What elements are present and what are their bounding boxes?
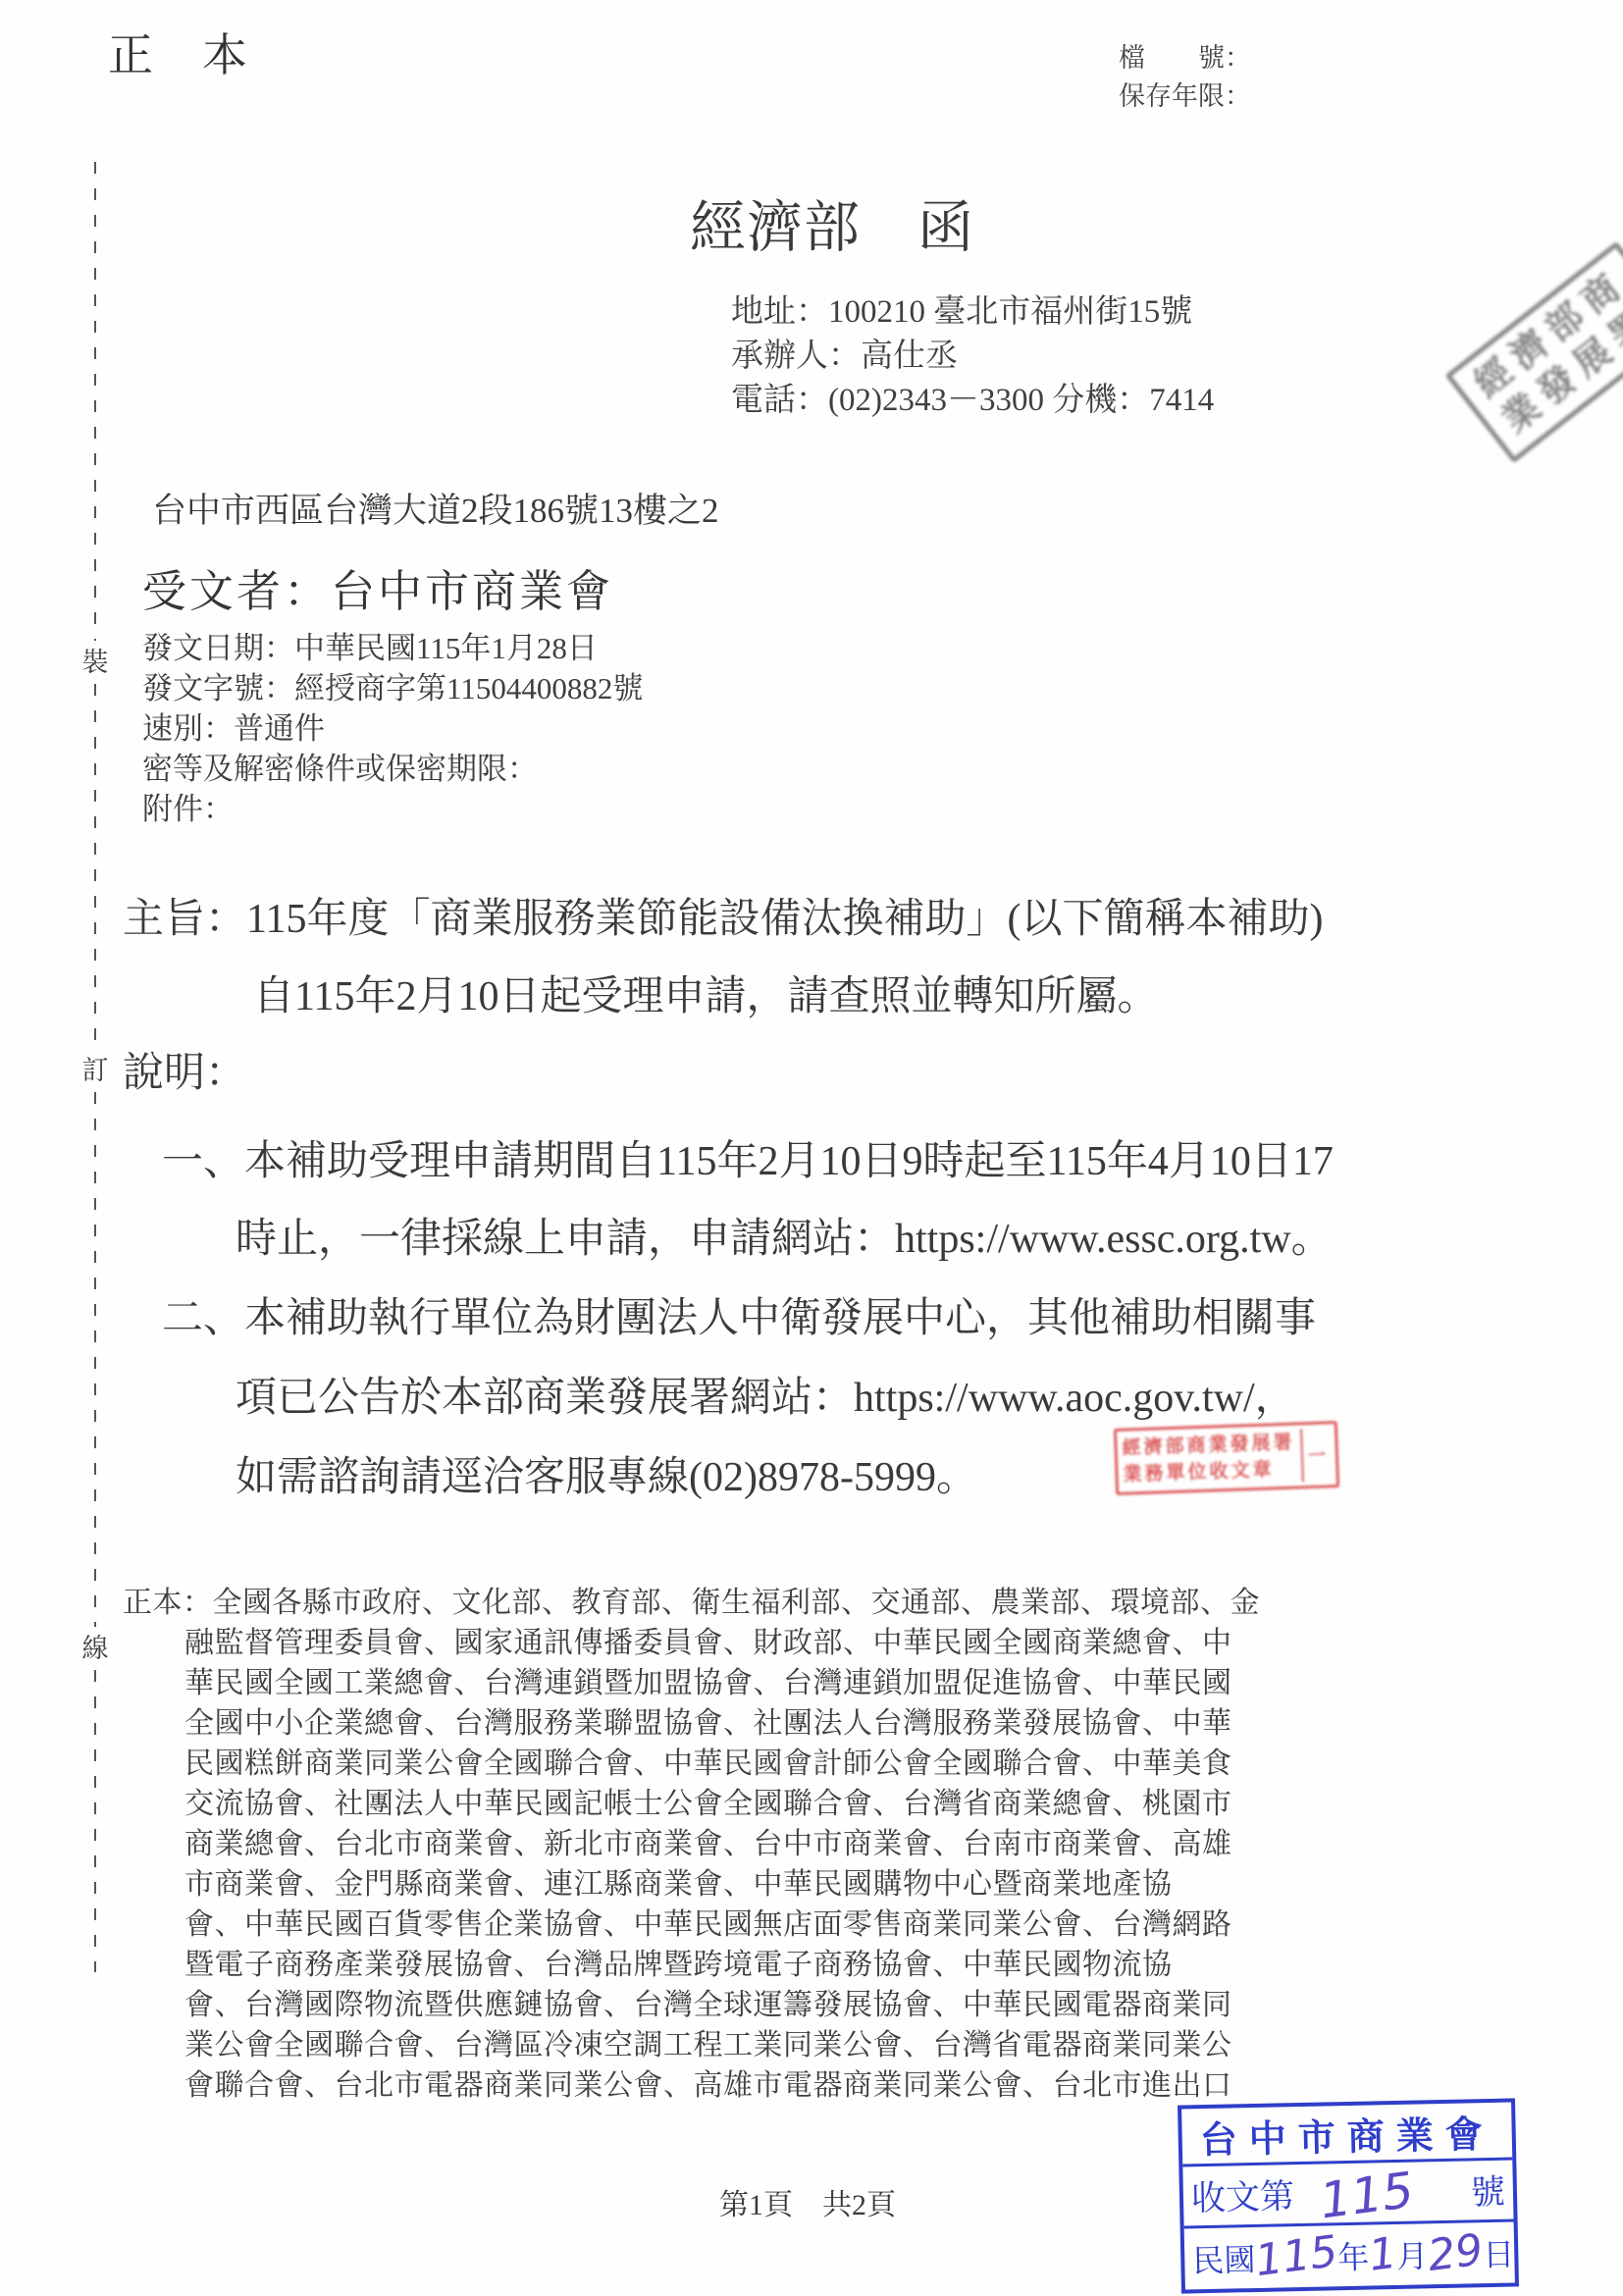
item2-number: 二、 (162, 1296, 244, 1341)
red-stamp-line2: 業務單位收文章 (1123, 1456, 1296, 1488)
agency-address: 地址：100210 臺北市福州街15號 (731, 290, 1214, 335)
file-number-block: 檔 號： 保存年限： (1119, 39, 1251, 116)
speed-class: 速別：普通件 (142, 708, 643, 749)
agency-phone: 電話：(02)2343－3300 分機：7414 (731, 379, 1214, 423)
agency-contact-person: 承辦人：高仕丞 (731, 335, 1214, 379)
retention-period-label: 保存年限： (1119, 78, 1251, 116)
attachment-label: 附件： (142, 789, 643, 829)
recipients-list-line: 暨電子商務產業發展協會、台灣品牌暨跨境電子商務協會、中華民國物流協 (184, 1940, 1173, 1983)
recipients-list-line: 交流協會、社團法人中華民國記帳士公會全國聯合會、台灣省商業總會、桃園市 (184, 1779, 1232, 1822)
item2-text: 本補助執行單位為財團法人中衛發展中心，其他補助相關事 (244, 1296, 1316, 1341)
recipients-label: 正本： (123, 1587, 213, 1619)
document-meta-block: 發文日期：中華民國115年1月28日 發文字號：經授商字第11504400882… (142, 628, 643, 829)
date-prefix: 民國 (1192, 2235, 1256, 2281)
agency-corner-seal-stamp: 經濟部商 業發展署 (1444, 241, 1623, 464)
recipients-list-line: 融監督管理委員會、國家通訊傳播委員會、財政部、中華民國全國商業總會、中 (184, 1618, 1232, 1661)
binding-mark-ding: 訂 (82, 1049, 109, 1092)
date-year-suffix: 年 (1337, 2233, 1370, 2279)
date-month-suffix: 月 (1396, 2231, 1429, 2277)
date-day-suffix: 日 (1483, 2229, 1515, 2275)
subject-line-1: 主旨：115年度「商業服務業節能設備汰換補助」(以下簡稱本補助) (123, 886, 1323, 945)
recipients-list-line: 民國糕餅商業同業公會全國聯合會、中華民國會計師公會全國聯合會、中華美食 (184, 1739, 1232, 1782)
binding-mark-zhuang: 裝 (82, 641, 109, 684)
date-month-handwritten: 1 (1368, 2239, 1399, 2271)
issue-date: 發文日期：中華民國115年1月28日 (142, 628, 643, 668)
explanation-item2-line3: 如需諮詢請逕洽客服專線(02)8978-5999。 (236, 1444, 977, 1503)
date-year-handwritten: 115 (1254, 2237, 1339, 2276)
recipients-list-line: 會、中華民國百貨零售企業協會、中華民國無店面零售商業同業公會、台灣網路 (184, 1900, 1232, 1943)
binding-margin-marks: 裝 訂 線 (79, 162, 112, 1972)
recipients-list-line: 市商業會、金門縣商業會、連江縣商業會、中華民國購物中心暨商業地產協 (184, 1859, 1173, 1903)
recipients-list-line: 商業總會、台北市商業會、新北市商業會、台中市商業會、台南市商業會、高雄 (184, 1819, 1232, 1862)
explanation-item2-line2: 項已公告於本部商業發展署網站：https://www.aoc.gov.tw/， (236, 1365, 1296, 1424)
date-day-handwritten: 29 (1427, 2235, 1485, 2271)
recipients-list-line: 華民國全國工業總會、台灣連鎖暨加盟協會、台灣連鎖加盟促進協會、中華民國 (184, 1658, 1232, 1701)
explanation-item1-line2: 時止，一律採線上申請，申請網站：https://www.essc.org.tw。 (236, 1206, 1333, 1265)
red-office-stamp: 經濟部商業發展署 業務單位收文章 一 (1114, 1421, 1339, 1495)
recipients-list-line: 會、台灣國際物流暨供應鏈協會、台灣全球運籌發展協會、中華民國電器商業同 (184, 1980, 1232, 2023)
binding-dashed-line (94, 162, 96, 641)
receipt-suffix: 號 (1470, 2166, 1505, 2216)
red-stamp-text: 經濟部商業發展署 業務單位收文章 (1122, 1430, 1296, 1488)
binding-mark-xian: 線 (82, 1627, 109, 1670)
page-number: 第1頁 共2頁 (719, 2180, 896, 2223)
copy-type-label: 正 本 (108, 20, 249, 84)
binding-dashed-line (94, 1670, 96, 1972)
receipt-number-handwritten: 115 (1317, 2155, 1474, 2230)
explanation-item1-line1: 一、本補助受理申請期間自115年2月10日9時起至115年4月10日17 (162, 1128, 1334, 1187)
item1-text: 本補助受理申請期間自115年2月10日9時起至115年4月10日17 (244, 1139, 1334, 1184)
receipt-prefix: 收文第 (1190, 2169, 1294, 2220)
scanned-official-letter: 正 本 檔 號： 保存年限： 經濟部 函 經濟部商 業發展署 地址：100210… (0, 0, 1623, 2296)
subject-text: 115年度「商業服務業節能設備汰換補助」(以下簡稱本補助) (246, 897, 1323, 942)
file-number-label: 檔 號： (1119, 39, 1251, 78)
red-stamp-side-mark: 一 (1300, 1428, 1332, 1482)
item1-number: 一、 (162, 1139, 244, 1184)
subject-line-2: 自115年2月10日起受理申請，請查照並轉知所屬。 (253, 964, 1158, 1022)
document-title: 經濟部 函 (690, 183, 974, 263)
recipients-text: 全國各縣市政府、文化部、教育部、衛生福利部、交通部、農業部、環境部、金 (213, 1587, 1261, 1619)
binding-dashed-line (94, 1092, 96, 1627)
received-stamp-number-row: 收文第 115 號 (1182, 2157, 1513, 2225)
recipient-street-address: 台中市西區台灣大道2段186號13樓之2 (152, 484, 719, 533)
recipient-name: 受文者：台中市商業會 (142, 555, 613, 619)
binding-dashed-line (94, 684, 96, 1049)
document-number: 發文字號：經授商字第11504400882號 (142, 668, 643, 708)
received-stamp: 台中市商業會 收文第 115 號 民國 115 年 1 月 29 日 (1178, 2098, 1519, 2293)
explanation-label: 說明： (123, 1040, 246, 1099)
recipients-list-line: 業公會全國聯合會、台灣區冷凍空調工程工業同業公會、台灣省電器商業同業公 (184, 2020, 1232, 2063)
security-class: 密等及解密條件或保密期限： (142, 749, 643, 789)
recipients-list-line: 會聯合會、台北市電器商業同業公會、高雄市電器商業同業公會、台北市進出口 (184, 2061, 1232, 2104)
agency-contact-block: 地址：100210 臺北市福州街15號 承辦人：高仕丞 電話：(02)2343－… (731, 290, 1214, 423)
subject-label: 主旨： (123, 897, 246, 942)
recipients-list-line: 全國中小企業總會、台灣服務業聯盟協會、社團法人台灣服務業發展協會、中華 (184, 1698, 1232, 1742)
recipients-list-line: 正本：全國各縣市政府、文化部、教育部、衛生福利部、交通部、農業部、環境部、金 (123, 1578, 1260, 1621)
explanation-item2-line1: 二、本補助執行單位為財團法人中衛發展中心，其他補助相關事 (162, 1285, 1316, 1344)
received-stamp-date-row: 民國 115 年 1 月 29 日 (1184, 2218, 1515, 2289)
